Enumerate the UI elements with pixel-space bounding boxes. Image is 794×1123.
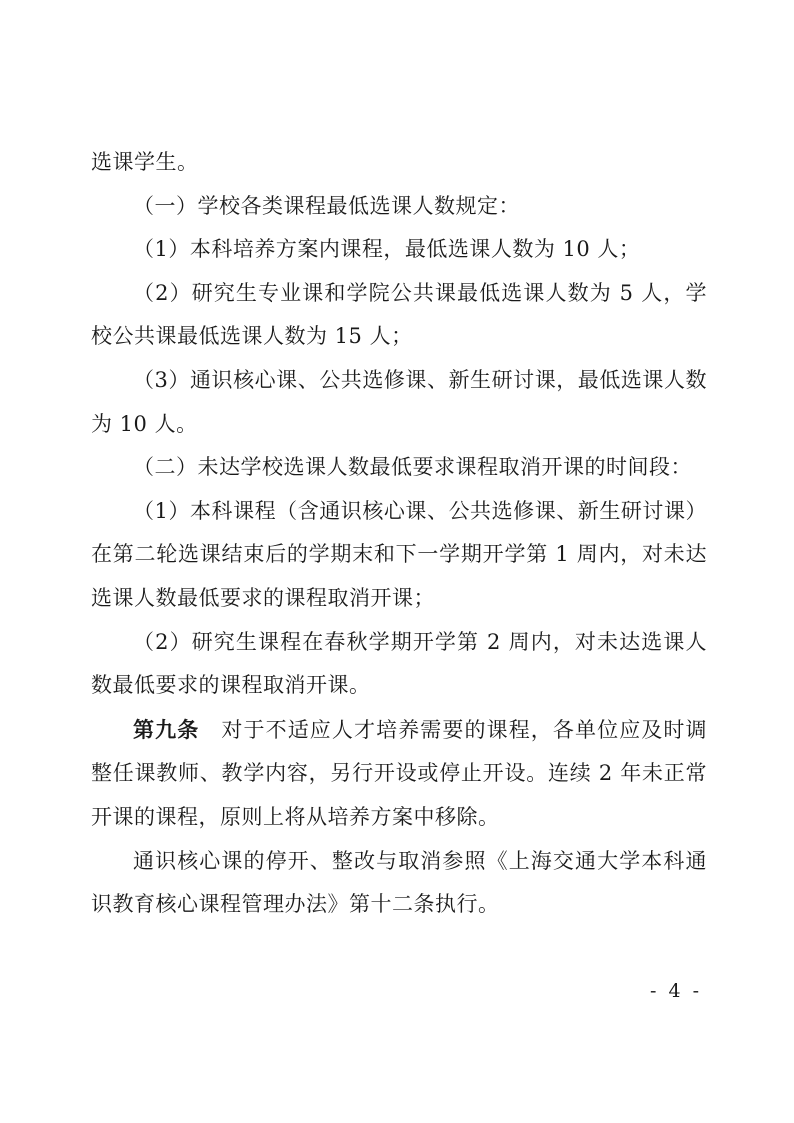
- text-run: （2）研究生课程在春秋学期开学第 2 周内，对未达选课人数最低要求的课程取消开课…: [91, 630, 707, 698]
- text-run: （3）通识核心课、公共选修课、新生研讨课，最低选课人数为 10 人。: [91, 368, 707, 436]
- paragraph: （二）未达学校选课人数最低要求课程取消开课的时间段：: [91, 446, 707, 490]
- paragraph: （2）研究生课程在春秋学期开学第 2 周内，对未达选课人数最低要求的课程取消开课…: [91, 621, 707, 708]
- article-heading: 第九条: [133, 717, 199, 742]
- paragraph: 第九条 对于不适应人才培养需要的课程，各单位应及时调整任课教师、教学内容，另行开…: [91, 708, 707, 840]
- paragraph: （2）研究生专业课和学院公共课最低选课人数为 5 人，学校公共课最低选课人数为 …: [91, 272, 707, 359]
- text-run: （1）本科课程（含通识核心课、公共选修课、新生研讨课）在第二轮选课结束后的学期末…: [91, 499, 707, 610]
- paragraph: （1）本科课程（含通识核心课、公共选修课、新生研讨课）在第二轮选课结束后的学期末…: [91, 490, 707, 621]
- paragraph: 选课学生。: [91, 141, 707, 185]
- text-run: （2）研究生专业课和学院公共课最低选课人数为 5 人，学校公共课最低选课人数为 …: [91, 281, 707, 349]
- paragraph: （1）本科培养方案内课程，最低选课人数为 10 人；: [91, 228, 707, 272]
- text-run: （二）未达学校选课人数最低要求课程取消开课的时间段：: [133, 455, 692, 479]
- page-number: - 4 -: [650, 980, 702, 1002]
- text-run: （一）学校各类课程最低选课人数规定：: [133, 194, 520, 218]
- text-run: 通识核心课的停开、整改与取消参照《上海交通大学本科通识教育核心课程管理办法》第十…: [91, 849, 707, 917]
- text-run: 选课学生。: [91, 150, 199, 174]
- text-run: （1）本科培养方案内课程，最低选课人数为 10 人；: [133, 237, 640, 261]
- document-body: 选课学生。（一）学校各类课程最低选课人数规定：（1）本科培养方案内课程，最低选课…: [91, 141, 707, 927]
- document-page: 选课学生。（一）学校各类课程最低选课人数规定：（1）本科培养方案内课程，最低选课…: [0, 0, 794, 1123]
- paragraph: 通识核心课的停开、整改与取消参照《上海交通大学本科通识教育核心课程管理办法》第十…: [91, 840, 707, 927]
- paragraph: （一）学校各类课程最低选课人数规定：: [91, 185, 707, 229]
- paragraph: （3）通识核心课、公共选修课、新生研讨课，最低选课人数为 10 人。: [91, 359, 707, 446]
